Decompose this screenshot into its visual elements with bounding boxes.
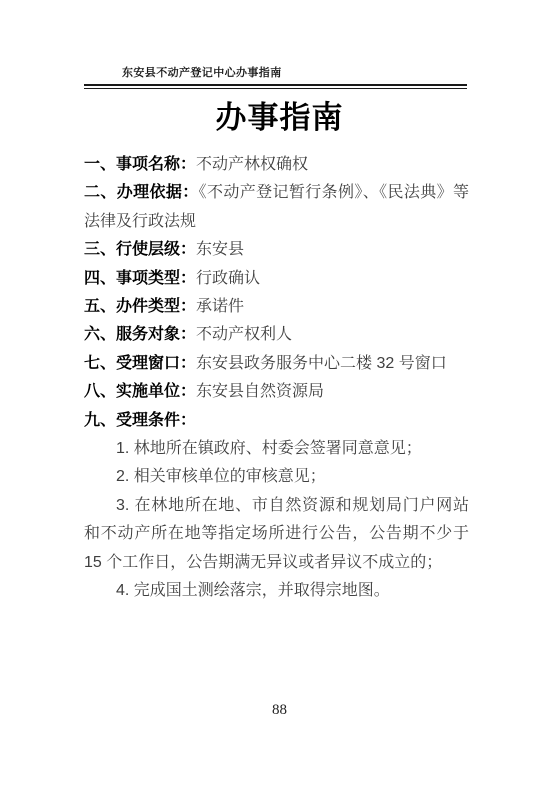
item-3-label: 三、行使层级： xyxy=(84,241,196,258)
item-8: 八、实施单位：东安县自然资源局 xyxy=(84,378,469,406)
item-8-value: 东安县自然资源局 xyxy=(196,383,324,400)
item-6-value: 不动产权利人 xyxy=(196,326,292,343)
condition-4: 4. 完成国土测绘落宗，并取得宗地图。 xyxy=(84,577,469,605)
item-3-value: 东安县 xyxy=(196,241,244,258)
item-2-label: 二、办理依据： xyxy=(84,184,199,201)
item-2: 二、办理依据：《不动产登记暂行条例》、《民法典》等法律及行政法规 xyxy=(84,179,469,236)
header-title: 东安县不动产登记中心办事指南 xyxy=(84,66,467,80)
item-4: 四、事项类型：行政确认 xyxy=(84,265,469,293)
document-body: 一、事项名称：不动产林权确权 二、办理依据：《不动产登记暂行条例》、《民法典》等… xyxy=(84,151,469,606)
document-title: 办事指南 xyxy=(0,99,559,137)
item-4-value: 行政确认 xyxy=(196,270,260,287)
item-1: 一、事项名称：不动产林权确权 xyxy=(84,151,469,179)
item-9-label: 九、受理条件： xyxy=(84,412,196,429)
condition-1: 1. 林地所在镇政府、村委会签署同意意见； xyxy=(84,435,469,463)
item-6-label: 六、服务对象： xyxy=(84,326,196,343)
item-9: 九、受理条件： xyxy=(84,407,469,435)
item-8-label: 八、实施单位： xyxy=(84,383,196,400)
item-5-label: 五、办件类型： xyxy=(84,298,196,315)
page-number: 88 xyxy=(0,702,559,719)
item-5: 五、办件类型：承诺件 xyxy=(84,293,469,321)
item-5-value: 承诺件 xyxy=(196,298,244,315)
item-1-value: 不动产林权确权 xyxy=(196,156,308,173)
item-7: 七、受理窗口：东安县政务服务中心二楼 32 号窗口 xyxy=(84,350,469,378)
condition-2: 2. 相关审核单位的审核意见； xyxy=(84,463,469,491)
item-1-label: 一、事项名称： xyxy=(84,156,196,173)
item-3: 三、行使层级：东安县 xyxy=(84,236,469,264)
condition-3: 3. 在林地所在地、市自然资源和规划局门户网站和不动产所在地等指定场所进行公告，… xyxy=(84,492,469,577)
page-header: 东安县不动产登记中心办事指南 xyxy=(84,66,467,89)
item-6: 六、服务对象：不动产权利人 xyxy=(84,321,469,349)
item-7-label: 七、受理窗口： xyxy=(84,355,196,372)
item-4-label: 四、事项类型： xyxy=(84,270,196,287)
header-double-rule xyxy=(84,84,467,89)
item-7-value: 东安县政务服务中心二楼 32 号窗口 xyxy=(196,355,447,372)
document-page: 东安县不动产登记中心办事指南 办事指南 一、事项名称：不动产林权确权 二、办理依… xyxy=(0,0,559,793)
